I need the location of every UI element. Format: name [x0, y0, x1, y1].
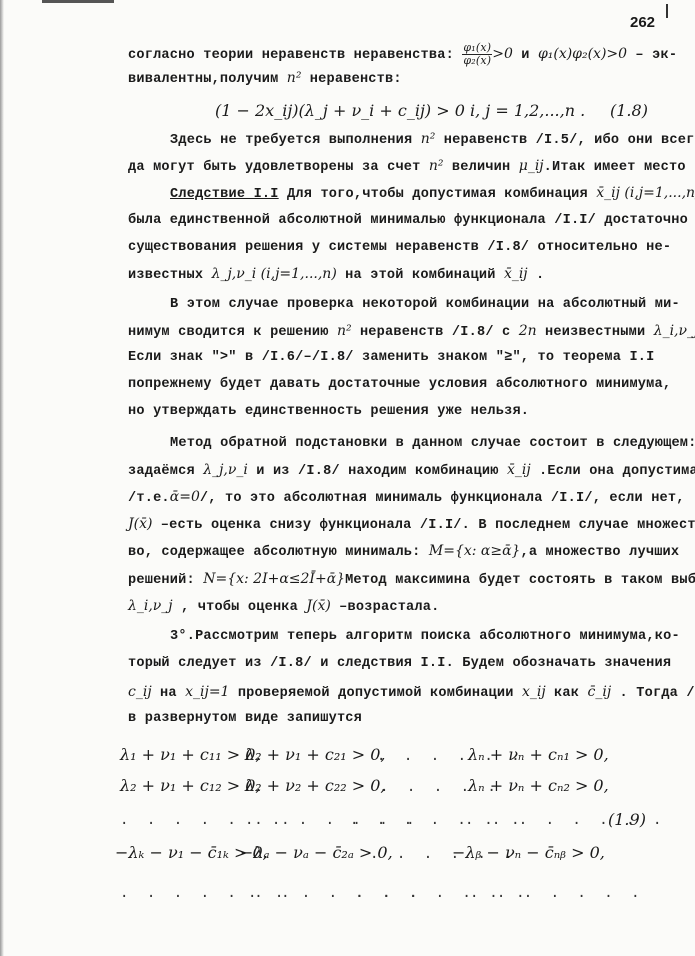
text: . Тогда /I.8/ [611, 686, 695, 701]
text-line-15: задаёмся λ_j,ν_i и из /I.8/ находим комб… [128, 462, 695, 479]
formula: J(x̄) [128, 516, 152, 532]
corollary-heading: Следствие I.I [170, 187, 279, 202]
equation-number-1-9: (1.9) [608, 810, 646, 829]
formula: c̄_ij [588, 684, 612, 700]
text: неизвестными [537, 325, 654, 340]
text: /т.е. [128, 491, 170, 506]
text-line-11: Если знак ">" в /I.6/–/I.8/ заменить зна… [128, 350, 655, 365]
formula: x̄_ij [504, 266, 528, 282]
scan-right-mark [666, 4, 668, 18]
formula: n² [287, 70, 302, 86]
text: задаёмся [128, 464, 203, 479]
formula: n² [421, 131, 436, 147]
text: . [528, 268, 545, 283]
text: и [513, 48, 538, 63]
text-line-4: да могут быть удовлетворены за счет n² в… [128, 158, 686, 175]
text: , чтобы оценка [173, 600, 307, 615]
formula: λ_i,ν_j [128, 598, 173, 614]
text: на [152, 686, 185, 701]
text-line-22: торый следует из /I.8/ и следствия I.I. … [128, 656, 671, 671]
text: –есть оценка снизу функционала /I.I/. В … [152, 518, 695, 533]
text-line-21: 3°.Рассмотрим теперь алгоритм поиска абс… [170, 629, 680, 644]
text-line-6: была единственной абсолютной минималью ф… [128, 213, 688, 228]
text: как [546, 686, 588, 701]
fraction-denominator: φ₂(x) [462, 55, 492, 67]
scan-left-edge [0, 0, 4, 956]
text: неравенств /I.8/ с [352, 325, 519, 340]
formula: J(x̄) [306, 598, 330, 614]
text-line-3: Здесь не требуется выполнения n² неравен… [170, 131, 694, 148]
text-line-5: Следствие I.I Для того,чтобы допустимая … [170, 185, 695, 202]
text: неравенств: [301, 72, 401, 87]
formula: φ₁(x)φ₂(x)>0 [538, 46, 627, 62]
text-line-20: λ_i,ν_j , чтобы оценка J(x̄) –возрастала… [128, 598, 439, 615]
formula: c_ij [128, 684, 152, 700]
formula: >0 [492, 46, 513, 62]
text: вивалентны,получим [128, 72, 287, 87]
text-line-24: в развернутом виде запишутся [128, 711, 362, 726]
system-row-1-col-2: λ₂ + ν₁ + c₂₁ > 0, [245, 745, 385, 764]
formula: x_ij=1 [185, 684, 229, 700]
formula: N={x: 2I+α≤2Ī+ᾱ} [203, 571, 345, 587]
text: решений: [128, 573, 203, 588]
formula: x_ij [522, 684, 546, 700]
text-line-7: существования решения у системы неравенс… [128, 240, 671, 255]
text: Здесь не требуется выполнения [170, 133, 421, 148]
section-number: 3° [170, 629, 187, 644]
text-line-16: /т.е.ᾱ=0/, то это абсолютная минималь фу… [128, 489, 685, 506]
text: нимум сводится к решению [128, 325, 337, 340]
text: Метод максимина будет состоять в таком в… [345, 573, 695, 588]
formula: μ_ij [519, 158, 544, 174]
text: .Итак имеет место [544, 160, 686, 175]
scan-top-mark [42, 0, 114, 3]
text: во, содержащее абсолютную минималь: [128, 545, 429, 560]
text-line-9: В этом случае проверка некоторой комбина… [170, 297, 680, 312]
page-number: 262 [630, 14, 655, 31]
formula: λ_i,ν_j [654, 323, 695, 339]
text-line-10: нимум сводится к решению n² неравенств /… [128, 323, 695, 340]
equation-number-1-8: (1.8) [610, 101, 648, 120]
text: –возрастала. [331, 600, 440, 615]
system-row-2-col-2: λ₂ + ν₂ + c₂₂ > 0, [245, 776, 385, 795]
system-row-4-col-4: −λᵦ − νₙ − c̄ₙᵦ > 0, [452, 843, 605, 862]
text: – эк- [627, 48, 677, 63]
text: да могут быть удовлетворены за счет [128, 160, 429, 175]
text: Для того,чтобы допустимая комбинация [279, 187, 597, 202]
formula: n² [337, 323, 352, 339]
formula: M={x: α≥ᾱ} [429, 543, 521, 559]
text: .Рассмотрим теперь алгоритм поиска абсол… [187, 629, 680, 644]
system-row-1-col-4: λₙ + νₙ + cₙ₁ > 0, [468, 745, 609, 764]
formula: λ_j,ν_i (i,j=1,...,n) [212, 266, 337, 282]
formula: λ_j,ν_i [203, 462, 248, 478]
formula: n² [429, 158, 444, 174]
formula: ᾱ=0 [170, 489, 200, 505]
text: известных [128, 268, 212, 283]
text-line-18: во, содержащее абсолютную минималь: M={x… [128, 543, 679, 560]
text-line-8: известных λ_j,ν_i (i,j=1,...,n) на этой … [128, 266, 544, 283]
system-row-2-col-4: λₙ + νₙ + cₙ₂ > 0, [468, 776, 609, 795]
text-line-23: c_ij на x_ij=1 проверяемой допустимой ко… [128, 684, 695, 701]
text-line-2: вивалентны,получим n² неравенств: [128, 70, 402, 87]
text: неравенств /I.5/, ибо они всег [435, 133, 694, 148]
text: ,а множество лучших [520, 545, 679, 560]
text: /, то это абсолютная минималь функционал… [200, 491, 685, 506]
text: на этой комбинаций [337, 268, 504, 283]
text-line-19: решений: N={x: 2I+α≤2Ī+ᾱ}Метод максимина… [128, 571, 695, 588]
formula: 2n [519, 323, 537, 339]
text-line-12: попрежнему будет давать достаточные усло… [128, 377, 671, 392]
text-line-17: J(x̄) –есть оценка снизу функционала /I.… [128, 516, 695, 533]
formula: x̄_ij [507, 462, 531, 478]
text: согласно теории неравенств неравенства: [128, 48, 454, 63]
text-line-13: но утверждать единственность решения уже… [128, 404, 529, 419]
text: проверяемой допустимой комбинации [229, 686, 522, 701]
system-row-5-col-4: . . . . . . . [470, 885, 645, 901]
equation-1-8: (1 − 2x_ij)(λ_j + ν_i + c_ij) > 0 i, j =… [215, 101, 585, 120]
system-row-1-col-1: λ₁ + ν₁ + c₁₁ > 0, [120, 745, 260, 764]
text: величин [444, 160, 519, 175]
system-row-2-col-1: λ₂ + ν₁ + c₁₂ > 0, [120, 776, 260, 795]
text-line-14: Метод обратной подстановки в данном случ… [170, 436, 695, 451]
fraction-phi: φ₁(x) φ₂(x) [462, 42, 492, 67]
text: и из /I.8/ находим комбинацию [248, 464, 507, 479]
formula: x̄_ij (i,j=1,...,n) [596, 185, 695, 201]
text: .Если она допустимая [531, 464, 695, 479]
text-line-1: согласно теории неравенств неравенства: … [128, 42, 677, 67]
